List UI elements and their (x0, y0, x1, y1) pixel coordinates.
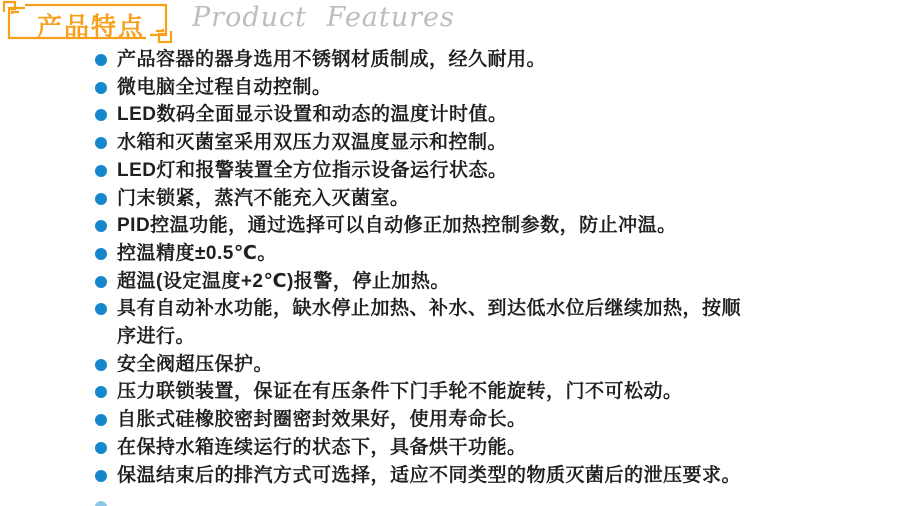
bullet-dot-icon (95, 54, 107, 66)
bullet-dot-icon (95, 248, 107, 260)
bullet-dot-icon (95, 137, 107, 149)
feature-item: LED灯和报警装置全方位指示设备运行状态。 (95, 157, 865, 185)
feature-item: 门末锁紧，蒸汽不能充入灭菌室。 (95, 185, 865, 213)
feature-text: 安全阀超压保护。 (117, 351, 273, 379)
feature-text: 具有自动补水功能，缺水停止加热、补水、到达低水位后继续加热，按顺 序进行。 (117, 295, 741, 350)
clipped-next-bullet-icon (95, 501, 107, 506)
bullet-dot-icon (95, 359, 107, 371)
feature-text: 超温(设定温度+2℃)报警，停止加热。 (117, 268, 450, 296)
bullet-dot-icon (95, 165, 107, 177)
bullet-dot-icon (95, 386, 107, 398)
feature-text: 自胀式硅橡胶密封圈密封效果好，使用寿命长。 (117, 406, 527, 434)
feature-text: LED灯和报警装置全方位指示设备运行状态。 (117, 157, 508, 185)
feature-item: 微电脑全过程自动控制。 (95, 74, 865, 102)
feature-item: PID控温功能，通过选择可以自动修正加热控制参数，防止冲温。 (95, 212, 865, 240)
feature-text: 微电脑全过程自动控制。 (117, 74, 332, 102)
bullet-dot-icon (95, 193, 107, 205)
bullet-dot-icon (95, 82, 107, 94)
section-title-badge: 产品特点 (0, 0, 182, 46)
feature-item: 安全阀超压保护。 (95, 351, 865, 379)
section-subtitle: Product Features (192, 2, 455, 33)
feature-text: 在保持水箱连续运行的状态下，具备烘干功能。 (117, 434, 527, 462)
feature-item: 自胀式硅橡胶密封圈密封效果好，使用寿命长。 (95, 406, 865, 434)
bullet-dot-icon (95, 109, 107, 121)
section-title: 产品特点 (22, 7, 160, 43)
feature-text: 水箱和灭菌室采用双压力双温度显示和控制。 (117, 129, 507, 157)
feature-text: PID控温功能，通过选择可以自动修正加热控制参数，防止冲温。 (117, 212, 677, 240)
feature-text: 压力联锁装置，保证在有压条件下门手轮不能旋转，门不可松动。 (117, 378, 683, 406)
bullet-dot-icon (95, 414, 107, 426)
feature-item: 水箱和灭菌室采用双压力双温度显示和控制。 (95, 129, 865, 157)
feature-item: LED数码全面显示设置和动态的温度计时值。 (95, 101, 865, 129)
feature-item: 超温(设定温度+2℃)报警，停止加热。 (95, 268, 865, 296)
product-features-page: 产品特点 Product Features 产品容器的器身选用不锈钢材质制成，经… (0, 0, 900, 506)
feature-text: 保温结束后的排汽方式可选择，适应不同类型的物质灭菌后的泄压要求。 (117, 462, 741, 490)
bullet-dot-icon (95, 220, 107, 232)
page-header: 产品特点 Product Features (0, 0, 900, 46)
feature-text: 门末锁紧，蒸汽不能充入灭菌室。 (117, 185, 410, 213)
bullet-dot-icon (95, 303, 107, 315)
bullet-dot-icon (95, 276, 107, 288)
feature-item: 控温精度±0.5℃。 (95, 240, 865, 268)
feature-text: 控温精度±0.5℃。 (117, 240, 277, 268)
feature-list: 产品容器的器身选用不锈钢材质制成，经久耐用。 微电脑全过程自动控制。 LED数码… (95, 46, 865, 489)
bullet-dot-icon (95, 442, 107, 454)
bullet-dot-icon (95, 470, 107, 482)
feature-item: 保温结束后的排汽方式可选择，适应不同类型的物质灭菌后的泄压要求。 (95, 462, 865, 490)
feature-item: 具有自动补水功能，缺水停止加热、补水、到达低水位后继续加热，按顺 序进行。 (95, 295, 865, 350)
feature-text: LED数码全面显示设置和动态的温度计时值。 (117, 101, 508, 129)
feature-item: 产品容器的器身选用不锈钢材质制成，经久耐用。 (95, 46, 865, 74)
feature-item: 压力联锁装置，保证在有压条件下门手轮不能旋转，门不可松动。 (95, 378, 865, 406)
feature-item: 在保持水箱连续运行的状态下，具备烘干功能。 (95, 434, 865, 462)
feature-text: 产品容器的器身选用不锈钢材质制成，经久耐用。 (117, 46, 546, 74)
